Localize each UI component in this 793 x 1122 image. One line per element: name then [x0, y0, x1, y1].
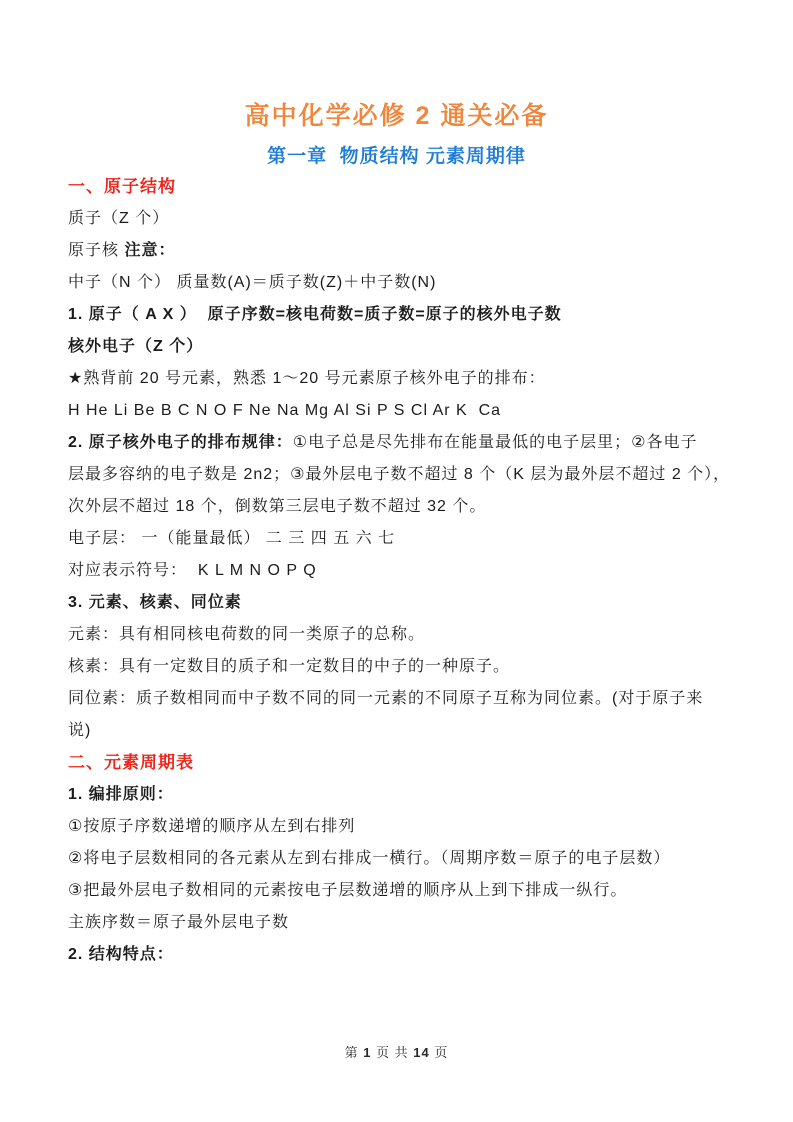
- text-line: 1. 原子（ A X ） 原子序数=核电荷数=质子数=原子的核外电子数: [68, 299, 737, 331]
- text-line: 电子层： 一（能量最低） 二 三 四 五 六 七: [68, 523, 737, 555]
- text-segment: ①按原子序数递增的顺序从左到右排列: [68, 818, 355, 835]
- text-line: ②将电子层数相同的各元素从左到右排成一横行。（周期序数＝原子的电子层数）: [68, 843, 737, 875]
- text-line: 元素：具有相同核电荷数的同一类原子的总称。: [68, 619, 737, 651]
- document-page: 高中化学必修 2 通关必备 第一章 物质结构 元素周期律 一、原子结构质子（Z …: [0, 0, 793, 1122]
- text-segment: 一、原子结构: [68, 177, 176, 196]
- text-segment: ★熟背前 20 号元素，熟悉 1～20 号元素原子核外电子的排布：: [68, 370, 546, 387]
- text-line: 质子（Z 个）: [68, 203, 737, 235]
- text-segment: 二、元素周期表: [68, 753, 194, 772]
- text-line: 中子（N 个） 质量数(A)＝质子数(Z)＋中子数(N): [68, 267, 737, 299]
- footer-middle: 页 共: [371, 1045, 413, 1060]
- text-segment: 3. 元素、核素、同位素: [68, 594, 242, 611]
- footer-suffix: 页: [430, 1045, 449, 1060]
- footer-prefix: 第: [345, 1045, 364, 1060]
- text-segment: 层最多容纳的电子数是 2n2；③最外层电子数不超过 8 个（K 层为最外层不超过…: [68, 466, 730, 483]
- text-line: ③把最外层电子数相同的元素按电子层数递增的顺序从上到下排成一纵行。: [68, 875, 737, 907]
- text-line: 同位素：质子数相同而中子数不同的同一元素的不同原子互称为同位素。(对于原子来: [68, 683, 737, 715]
- text-segment: ③把最外层电子数相同的元素按电子层数递增的顺序从上到下排成一纵行。: [68, 882, 627, 899]
- page-number-total: 14: [413, 1045, 429, 1060]
- text-line: 二、元素周期表: [68, 747, 737, 779]
- text-segment: 2. 结构特点：: [68, 946, 174, 963]
- text-line: 原子核 注意：: [68, 235, 737, 267]
- text-segment: 电子层： 一（能量最低） 二 三 四 五 六 七: [68, 530, 395, 547]
- text-line: 2. 结构特点：: [68, 939, 737, 971]
- text-line: 3. 元素、核素、同位素: [68, 587, 737, 619]
- chapter-heading: 第一章 物质结构 元素周期律: [0, 141, 793, 168]
- document-body: 一、原子结构质子（Z 个）原子核 注意：中子（N 个） 质量数(A)＝质子数(Z…: [68, 171, 737, 971]
- text-line: 核素：具有一定数目的质子和一定数目的中子的一种原子。: [68, 651, 737, 683]
- text-line: H He Li Be B C N O F Ne Na Mg Al Si P S …: [68, 395, 737, 427]
- text-line: 主族序数＝原子最外层电子数: [68, 907, 737, 939]
- text-segment: ①电子总是尽先排布在能量最低的电子层里；②各电子: [293, 434, 698, 451]
- text-segment: 注意：: [124, 242, 175, 259]
- text-segment: 质子（Z 个）: [68, 210, 169, 227]
- text-line: 对应表示符号： K L M N O P Q: [68, 555, 737, 587]
- text-segment: 同位素：质子数相同而中子数不同的同一元素的不同原子互称为同位素。(对于原子来: [68, 690, 703, 707]
- page-footer: 第 1 页 共 14 页: [0, 1042, 793, 1061]
- text-line: 2. 原子核外电子的排布规律：①电子总是尽先排布在能量最低的电子层里；②各电子: [68, 427, 737, 459]
- text-segment: 原子核: [68, 242, 124, 259]
- text-segment: 说): [68, 722, 91, 739]
- text-segment: H He Li Be B C N O F Ne Na Mg Al Si P S …: [68, 402, 501, 419]
- text-segment: 次外层不超过 18 个，倒数第三层电子数不超过 32 个。: [68, 498, 486, 515]
- text-line: 1. 编排原则：: [68, 779, 737, 811]
- text-segment: 1. 原子（ A X ） 原子序数=核电荷数=质子数=原子的核外电子数: [68, 306, 562, 323]
- text-line: 核外电子（Z 个）: [68, 331, 737, 363]
- text-line: ①按原子序数递增的顺序从左到右排列: [68, 811, 737, 843]
- text-line: 一、原子结构: [68, 171, 737, 203]
- text-segment: 1. 编排原则：: [68, 786, 174, 803]
- text-line: ★熟背前 20 号元素，熟悉 1～20 号元素原子核外电子的排布：: [68, 363, 737, 395]
- text-segment: 核素：具有一定数目的质子和一定数目的中子的一种原子。: [68, 658, 510, 675]
- text-line: 层最多容纳的电子数是 2n2；③最外层电子数不超过 8 个（K 层为最外层不超过…: [68, 459, 737, 491]
- text-segment: 中子（N 个） 质量数(A)＝质子数(Z)＋中子数(N): [68, 274, 436, 291]
- text-line: 说): [68, 715, 737, 747]
- text-line: 次外层不超过 18 个，倒数第三层电子数不超过 32 个。: [68, 491, 737, 523]
- text-segment: 2. 原子核外电子的排布规律：: [68, 434, 293, 451]
- text-segment: 核外电子（Z 个）: [68, 338, 203, 355]
- text-segment: 元素：具有相同核电荷数的同一类原子的总称。: [68, 626, 425, 643]
- text-segment: ②将电子层数相同的各元素从左到右排成一横行。（周期序数＝原子的电子层数）: [68, 850, 670, 867]
- text-segment: 主族序数＝原子最外层电子数: [68, 914, 289, 931]
- document-title: 高中化学必修 2 通关必备: [0, 96, 793, 132]
- text-segment: 对应表示符号： K L M N O P Q: [68, 562, 317, 579]
